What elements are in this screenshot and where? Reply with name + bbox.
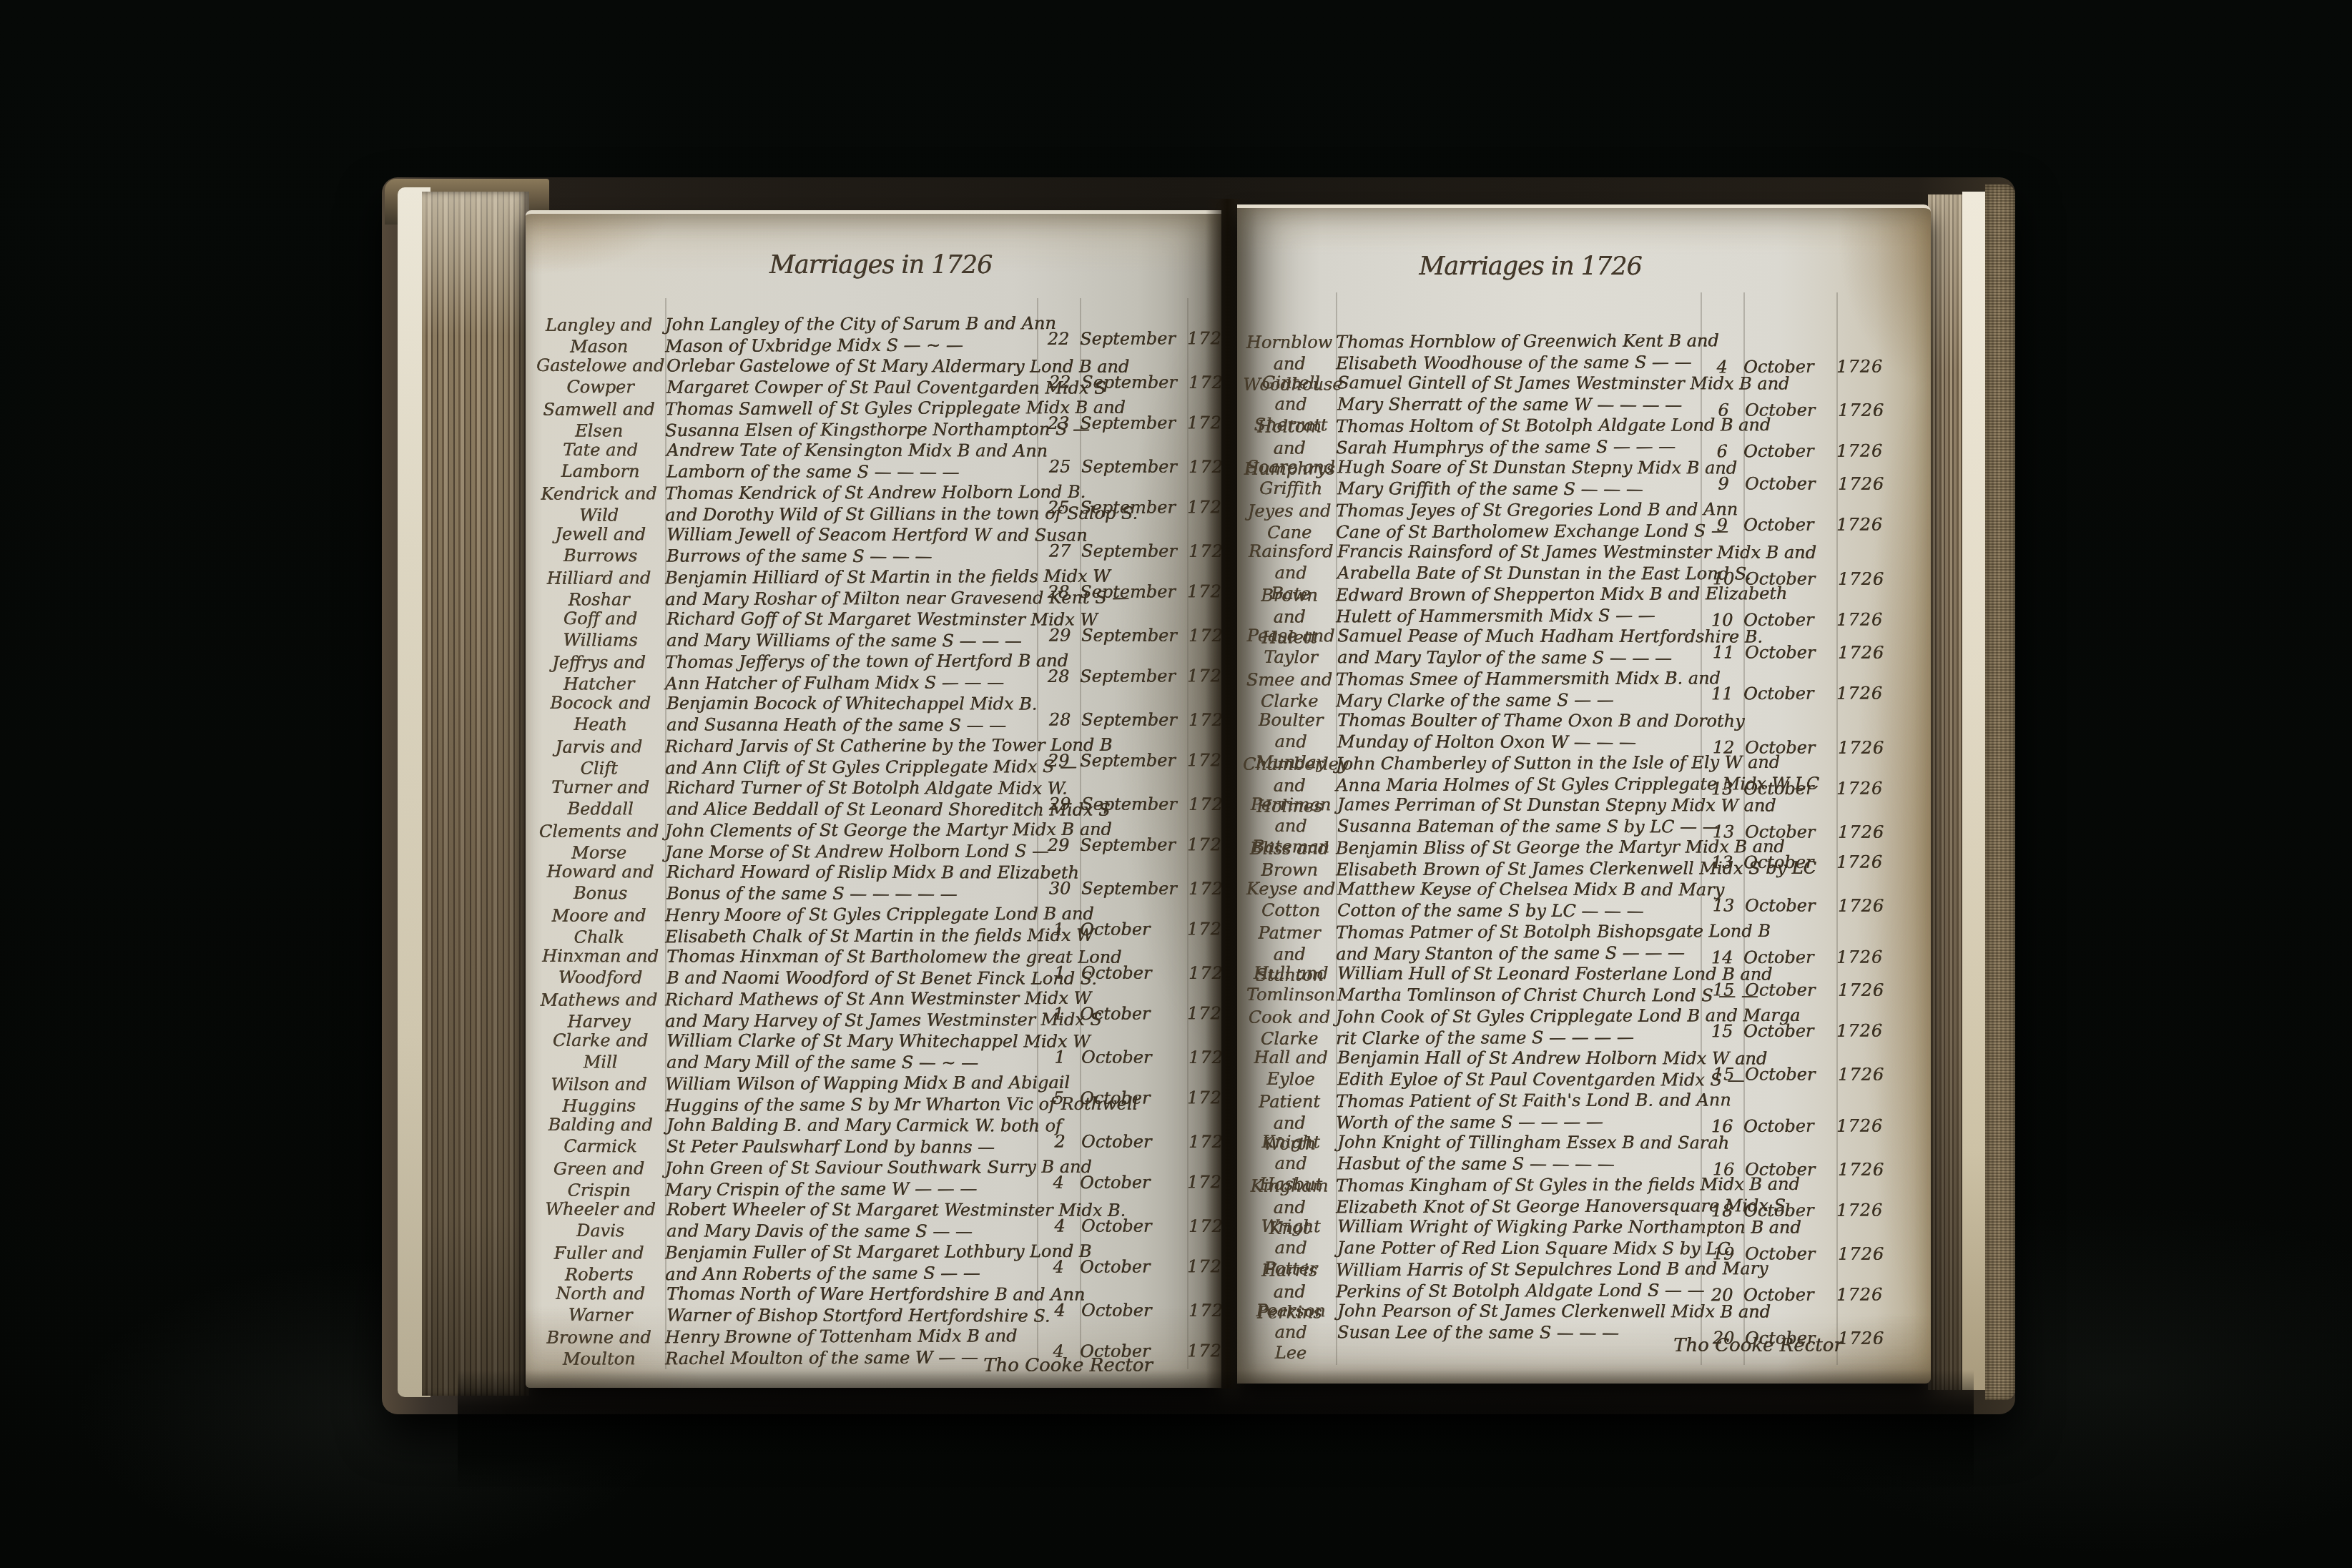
entry-text: William Jewell of Seacom Hertford W and …	[666, 524, 1038, 567]
entry-line-1: Benjamin Bocock of Whitechappel Midx B.	[666, 693, 1038, 715]
surname-line-2: Elsen	[533, 420, 665, 442]
spouse-surnames: Hinxman andWoodford	[534, 946, 666, 988]
register-row: Samwell andElsenThomas Samwell of St Gyl…	[533, 397, 1221, 442]
entry-month: September	[1081, 699, 1189, 731]
entry-line-2: Mason of Uxbridge Midx S — ~ —	[665, 335, 1037, 357]
register-row: Brown andHulettEdward Brown of Shepperto…	[1243, 583, 1931, 628]
spouse-surnames: Hilliard andRoshar	[533, 568, 665, 611]
entry-text: John Chamberley of Sutton in the Isle of…	[1336, 752, 1701, 796]
spouse-surnames: Hall andEyloe	[1244, 1047, 1337, 1090]
entry-day: 2	[1038, 1121, 1081, 1153]
entry-month: September	[1081, 446, 1189, 478]
entry-line-1: Hugh Soare of St Dunstan Stepny Midx B a…	[1337, 457, 1702, 479]
register-row: Mathews andHarveyRichard Mathews of St A…	[533, 987, 1221, 1032]
entry-line-2: Cotton of the same S by LC — — —	[1337, 900, 1702, 922]
entry-text: Richard Mathews of St Ann Westminster Mi…	[665, 988, 1037, 1032]
entry-day: 13	[1702, 885, 1745, 917]
entry-month: September	[1080, 656, 1187, 687]
surname-line-1: Hinxman and	[534, 946, 666, 967]
left-register-rows: Langley andMasonJohn Langley of the City…	[533, 314, 1221, 1369]
entry-line-2: Lamborn of the same S — — — —	[666, 461, 1038, 483]
entry-day: 25	[1038, 446, 1081, 478]
spouse-surnames: Soare andGriffith	[1244, 457, 1337, 499]
surname-line-2: Mill	[534, 1051, 666, 1073]
register-row: Jeyes andCaneThomas Jeyes of St Gregorie…	[1243, 498, 1931, 543]
entry-line-1: Thomas Smee of Hammersmith Midx B. and	[1336, 668, 1701, 690]
entry-line-1: William Wright of Wigking Parke Northamp…	[1337, 1216, 1702, 1238]
register-row: Turner andBeddallRichard Turner of St Bo…	[534, 777, 1221, 821]
surname-line-1: Perriman and	[1244, 794, 1337, 837]
surname-line-1: Tate and	[534, 440, 666, 461]
register-row: Wilson andHugginsWilliam Wilson of Wappi…	[533, 1072, 1221, 1117]
register-row: Soare andGriffithHugh Soare of St Dunsta…	[1244, 457, 1931, 501]
register-row: Smee andClarkeThomas Smee of Hammersmith…	[1243, 667, 1931, 712]
entry-line-1: John Knight of Tillingham Essex B and Sa…	[1337, 1132, 1702, 1154]
entry-text: Benjamin Bliss of St George the Martyr M…	[1336, 837, 1701, 880]
entry-text: Samuel Gintell of St James Westminster M…	[1337, 373, 1702, 415]
register-row: Gintell andSherrattSamuel Gintell of St …	[1244, 373, 1931, 416]
entry-line-2: Huggins of the same S by Mr Wharton Vic …	[665, 1094, 1037, 1116]
entry-text: William Harris of St Sepulchres Lond B a…	[1336, 1258, 1701, 1302]
entry-month: September	[1080, 824, 1187, 856]
entry-text: John Clements of St George the Martyr Mi…	[665, 819, 1037, 863]
spouse-surnames: Mathews andHarvey	[533, 990, 665, 1032]
entry-text: Thomas Hinxman of St Bartholomew the gre…	[666, 946, 1038, 989]
surname-line-1: Brown and	[1243, 585, 1336, 627]
surname-line-2: Woodford	[534, 967, 666, 988]
entry-text: Richard Goff of St Margaret Westminster …	[666, 608, 1038, 651]
entry-month: October	[1080, 1078, 1187, 1109]
right-register-rows: Hornblow andWoodhouseThomas Hornblow of …	[1243, 331, 1931, 1343]
entry-month: October	[1081, 1205, 1189, 1237]
entry-day: 27	[1038, 531, 1081, 562]
surname-line-2: Burrows	[534, 545, 666, 566]
surname-line-2: Harvey	[533, 1011, 665, 1032]
surname-line-1: Boulter and	[1244, 710, 1337, 752]
surname-line-2: Roberts	[533, 1264, 665, 1286]
entry-text: John Green of St Saviour Southwark Surry…	[665, 1157, 1037, 1200]
entry-year: 1726	[1836, 768, 1908, 799]
entry-line-1: John Pearson of St James Clerkenwell Mid…	[1337, 1301, 1702, 1323]
entry-line-2: Sarah Humphrys of the same S — — —	[1336, 436, 1701, 458]
entry-year: 1726	[1838, 632, 1909, 664]
surname-line-2: Tomlinson	[1244, 984, 1337, 1005]
spouse-surnames: Jeffrys andHatcher	[533, 652, 665, 695]
entry-line-2: Perkins of St Botolph Aldgate Lond S — —	[1336, 1280, 1701, 1302]
left-page-edges	[422, 192, 529, 1396]
entry-year: 1726	[1836, 1274, 1908, 1306]
entry-month: October	[1743, 504, 1836, 536]
entry-line-1: Samuel Pease of Much Hadham Hertfordshir…	[1337, 626, 1702, 648]
register-row: Jarvis andCliftRichard Jarvis of St Cath…	[533, 734, 1221, 779]
entry-text: Benjamin Bocock of Whitechappel Midx B.a…	[666, 693, 1038, 736]
entry-day: 4	[1037, 1163, 1080, 1194]
spouse-surnames: Moore andChalk	[533, 905, 665, 948]
surname-line-1: Knight and	[1244, 1132, 1337, 1174]
entry-year: 1726	[1836, 599, 1908, 631]
register-row: Clarke andMillWilliam Clarke of St Mary …	[534, 1030, 1221, 1074]
entry-text: John Cook of St Gyles Cripplegate Lond B…	[1336, 1005, 1701, 1049]
entry-line-1: John Balding B. and Mary Carmick W. both…	[666, 1115, 1038, 1137]
register-row: Patmer andStantonThomas Patmer of St Bot…	[1243, 920, 1931, 965]
entry-line-1: Benjamin Hilliard of St Martin in the fi…	[665, 566, 1037, 588]
entry-line-1: Thomas Patient of St Faith's Lond B. and…	[1336, 1090, 1701, 1112]
entry-day: 30	[1038, 868, 1081, 899]
spouse-surnames: Jeyes andCane	[1243, 501, 1336, 543]
register-row: Patient andWorthThomas Patient of St Fai…	[1243, 1089, 1931, 1134]
register-row: Clements andMorseJohn Clements of St Geo…	[533, 819, 1221, 864]
right-cover-cloth	[1985, 184, 2015, 1400]
surname-line-2: Clarke	[1243, 691, 1336, 712]
entry-day: 9	[1701, 505, 1743, 536]
surname-line-1: Gastelowe and	[534, 355, 666, 377]
entry-text: Francis Rainsford of St James Westminste…	[1337, 541, 1702, 584]
entry-line-2: Edith Eyloe of St Paul Coventgarden Midx…	[1337, 1069, 1702, 1091]
entry-text: Richard Jarvis of St Catherine by the To…	[665, 735, 1037, 779]
entry-line-2: Jane Potter of Red Lion Square Midx S by…	[1337, 1238, 1702, 1260]
entry-month: October	[1743, 842, 1836, 873]
entry-text: Henry Browne of Tottenham Midx B andRach…	[665, 1326, 1037, 1369]
entry-day: 13	[1701, 842, 1743, 874]
register-row: Hull andTomlinsonWilliam Hull of St Leon…	[1244, 963, 1931, 1007]
entry-line-2: and Mary Davis of the same S — —	[666, 1221, 1038, 1243]
entry-line-1: William Wilson of Wapping Midx B and Abi…	[665, 1073, 1037, 1095]
entry-line-2: Susan Lee of the same S — — —	[1337, 1322, 1702, 1344]
entry-year: 1726	[1836, 1105, 1908, 1137]
entry-line-1: Samuel Gintell of St James Westminster M…	[1337, 373, 1702, 395]
rector-signature: Tho Cooke Rector	[1673, 1335, 1843, 1356]
entry-text: Henry Moore of St Gyles Cripplegate Lond…	[665, 904, 1037, 947]
surname-line-2: Lamborn	[534, 460, 666, 482]
register-row: Goff andWilliamsRichard Goff of St Marga…	[534, 608, 1221, 652]
spouse-surnames: North andWarner	[534, 1283, 666, 1326]
entry-month: October	[1743, 1010, 1836, 1042]
right-page-title: Marriages in 1726	[1237, 252, 1824, 281]
register-row: Keyse andCottonMatthew Keyse of Chelsea …	[1244, 879, 1931, 922]
entry-line-1: Benjamin Hall of St Andrew Holborn Midx …	[1337, 1047, 1702, 1070]
surname-line-1: Gintell and	[1244, 373, 1337, 415]
entry-line-2: Hasbut of the same S — — — —	[1337, 1153, 1702, 1175]
entry-line-2: Hulett of Hammersmith Midx S — —	[1336, 605, 1701, 627]
surname-line-1: Holtom and	[1243, 416, 1336, 458]
entry-line-1: Francis Rainsford of St James Westminste…	[1337, 541, 1702, 563]
entry-text: Benjamin Hall of St Andrew Holborn Midx …	[1337, 1047, 1702, 1090]
surname-line-1: Chamberley	[1243, 754, 1336, 775]
register-row: Jewell andBurrowsWilliam Jewell of Seaco…	[534, 524, 1221, 568]
entry-day: 5	[1037, 1078, 1080, 1110]
entry-day: 25	[1037, 488, 1080, 519]
surname-line-1: Hull and	[1244, 963, 1337, 985]
surname-line-2: Brown	[1243, 859, 1336, 881]
entry-month: September	[1081, 615, 1189, 646]
entry-line-2: and Susanna Heath of the same S — —	[666, 714, 1038, 736]
entry-year: 1726	[1836, 430, 1908, 462]
entry-text: Thomas Holtom of St Botolph Aldgate Lond…	[1336, 415, 1701, 458]
surname-line-2: Chalk	[533, 927, 665, 948]
entry-line-2: and Mary Stanton of the same S — — —	[1336, 942, 1701, 965]
entry-line-2: Mary Sherratt of the same W — — — —	[1337, 394, 1702, 416]
entry-month: October	[1745, 970, 1838, 1001]
entry-text: Robert Wheeler of St Margaret Westminste…	[666, 1199, 1038, 1242]
entry-month: October	[1743, 673, 1836, 704]
entry-line-2: Elizabeth Knot of St George Hanoversquar…	[1336, 1195, 1701, 1218]
entry-line-1: Benjamin Fuller of St Margaret Lothbury …	[665, 1241, 1037, 1263]
surname-line-1: Balding and	[534, 1115, 666, 1136]
surname-line-1: Howard and	[534, 862, 666, 883]
entry-line-2: Mary Clarke of the same S — —	[1336, 689, 1701, 711]
register-row: Holtom andHumphrysThomas Holtom of St Bo…	[1243, 414, 1931, 459]
entry-day: 28	[1038, 699, 1081, 731]
entry-line-2: and Alice Beddall of St Leonard Shoredit…	[666, 799, 1038, 821]
entry-text: Hugh Soare of St Dunstan Stepny Midx B a…	[1337, 457, 1702, 500]
entry-month: October	[1745, 885, 1838, 917]
register-row: Pease andTaylorSamuel Pease of Much Hadh…	[1244, 626, 1931, 669]
entry-year: 1726	[1838, 1318, 1909, 1349]
entry-line-1: Thomas Jefferys of the town of Hertford …	[665, 651, 1037, 673]
entry-line-2: and Mary Taylor of the same S — — —	[1337, 647, 1702, 669]
entry-day: 29	[1038, 615, 1081, 646]
surname-line-1: Jeyes and	[1243, 501, 1336, 522]
surname-line-2: Clift	[533, 758, 665, 779]
entry-line-2: Burrows of the same S — — —	[666, 546, 1038, 568]
entry-month: September	[1081, 362, 1189, 393]
surname-line-2: Cowper	[534, 376, 666, 398]
entry-line-1: Richard Jarvis of St Catherine by the To…	[665, 735, 1037, 757]
surname-line-1: Fuller and	[533, 1243, 665, 1264]
entry-line-2: Elisabeth Woodhouse of the same S — —	[1336, 352, 1701, 374]
surname-line-2: Griffith	[1244, 478, 1337, 499]
entry-line-1: Henry Moore of St Gyles Cripplegate Lond…	[665, 904, 1037, 926]
surname-line-1: Patmer and	[1243, 922, 1336, 965]
entry-day: 28	[1037, 656, 1080, 688]
entry-month: October	[1080, 1162, 1187, 1193]
entry-day: 15	[1701, 1011, 1743, 1042]
entry-day: 4	[1038, 1205, 1081, 1237]
entry-line-1: Thomas Patmer of St Botolph Bishopsgate …	[1336, 921, 1701, 943]
entry-day: 29	[1037, 741, 1080, 772]
entry-day: 15	[1702, 970, 1745, 1001]
entry-text: Orlebar Gastelowe of St Mary Aldermary L…	[666, 355, 1038, 398]
entry-text: John Knight of Tillingham Essex B and Sa…	[1337, 1132, 1702, 1175]
entry-month: October	[1080, 909, 1187, 940]
entry-text: John Balding B. and Mary Carmick W. both…	[666, 1115, 1038, 1158]
entry-text: Thomas Kendrick of St Andrew Holborn Lon…	[665, 482, 1037, 526]
entry-year: 1726	[1836, 346, 1908, 378]
entry-line-2: Susanna Bateman of the same S by LC — —	[1337, 816, 1702, 838]
surname-line-2: Cane	[1243, 522, 1336, 543]
surname-line-2: Hatcher	[533, 674, 665, 695]
entry-text: William Wilson of Wapping Midx B and Abi…	[665, 1073, 1037, 1116]
spouse-surnames: Turner andBeddall	[534, 777, 666, 819]
surname-line-1: Rainsford and	[1244, 541, 1337, 583]
register-row: Hornblow andWoodhouseThomas Hornblow of …	[1243, 330, 1931, 375]
entry-year: 1726	[1836, 1010, 1908, 1042]
entry-line-1: Matthew Keyse of Chelsea Midx B and Mary	[1337, 879, 1702, 901]
entry-line-1: Thomas North of Ware Hertfordshire B and…	[666, 1283, 1038, 1306]
entry-line-2: B and Naomi Woodford of St Benet Finck L…	[666, 967, 1038, 990]
surname-line-2: Eyloe	[1244, 1068, 1337, 1090]
right-page-edges	[1928, 194, 1962, 1390]
spouse-surnames: Wilson andHuggins	[533, 1074, 665, 1117]
entry-line-2: and Mary Roshar of Milton near Gravesend…	[665, 588, 1037, 610]
entry-day: 1	[1037, 909, 1080, 941]
entry-line-1: Henry Browne of Tottenham Midx B and	[665, 1326, 1037, 1348]
entry-month: September	[1080, 487, 1187, 518]
entry-month: September	[1080, 403, 1187, 434]
surname-line-1: Jewell and	[534, 524, 666, 546]
spouse-surnames: Fuller andRoberts	[533, 1243, 665, 1286]
entry-line-1: Thomas Boulter of Thame Oxon B and Dorot…	[1337, 710, 1702, 732]
spouse-surnames: Goff andWilliams	[534, 608, 666, 651]
spouse-surnames: Bocock andHeath	[534, 693, 666, 735]
entry-line-2: Rachel Moulton of the same W — —	[665, 1347, 1037, 1369]
entry-day: 1	[1037, 994, 1080, 1025]
spouse-surnames: Browne andMoulton	[533, 1327, 665, 1370]
left-page-title: Marriages in 1726	[547, 251, 1214, 280]
entry-day: 4	[1037, 1247, 1080, 1278]
entry-line-2: and Ann Clift of St Gyles Cripplegate Mi…	[665, 756, 1037, 779]
entry-year: 1726	[1836, 1190, 1908, 1221]
spouse-surnames: Jarvis andClift	[533, 736, 665, 779]
entry-text: Thomas Boulter of Thame Oxon B and Dorot…	[1337, 710, 1702, 753]
entry-line-2: Worth of the same S — — — —	[1336, 1111, 1701, 1133]
entry-day: 1	[1038, 952, 1081, 984]
entry-day: 1	[1038, 1037, 1081, 1068]
spouse-surnames: Pearson andLee	[1244, 1301, 1337, 1364]
entry-year: 1726	[1836, 842, 1908, 873]
surname-line-1: Kingham and	[1243, 1175, 1336, 1218]
entry-text: Edward Brown of Shepperton Midx B and El…	[1336, 583, 1701, 627]
entry-line-1: Richard Turner of St Botolph Aldgate Mid…	[666, 777, 1038, 799]
surname-line-1: Hornblow and	[1243, 332, 1336, 374]
right-flyleaf-edge	[1962, 192, 1985, 1390]
entry-text: Thomas Smee of Hammersmith Midx B. andMa…	[1336, 668, 1701, 711]
register-row: Bocock andHeathBenjamin Bocock of Whitec…	[534, 693, 1221, 736]
entry-month: October	[1745, 632, 1838, 664]
entry-text: Matthew Keyse of Chelsea Midx B and Mary…	[1337, 879, 1702, 922]
entry-line-2: and Mary Williams of the same S — — —	[666, 630, 1038, 652]
surname-line-1: Wright and	[1244, 1216, 1337, 1258]
entry-day: 9	[1702, 463, 1745, 495]
entry-month: October	[1081, 952, 1189, 984]
surname-line-1: North and	[534, 1283, 666, 1305]
surname-line-1: Wilson and	[533, 1074, 665, 1095]
entry-month: October	[1081, 1121, 1189, 1153]
surname-line-1: Pearson and	[1244, 1301, 1337, 1343]
register-row: Howard andBonusRichard Howard of Rislip …	[534, 862, 1221, 905]
surname-line-1: Smee and	[1243, 669, 1336, 691]
entry-line-1: Thomas Hornblow of Greenwich Kent B and	[1336, 330, 1701, 352]
surname-line-2: Morse	[533, 842, 665, 864]
surname-line-1: Pease and	[1244, 626, 1337, 647]
entry-text: William Clarke of St Mary Whitechappel M…	[666, 1030, 1038, 1073]
entry-line-1: John Cook of St Gyles Cripplegate Lond B…	[1336, 1005, 1701, 1027]
entry-year: 1726	[1838, 885, 1909, 917]
entry-year: 1726	[1838, 970, 1909, 1001]
entry-month: September	[1080, 571, 1187, 603]
register-row: Langley andMasonJohn Langley of the City…	[533, 312, 1221, 358]
entry-line-2: St Peter Paulswharf Lond by banns —	[666, 1136, 1038, 1158]
surname-line-1: Jarvis and	[533, 736, 665, 758]
entry-day: 11	[1701, 674, 1743, 705]
entry-line-1: Thomas Kendrick of St Andrew Holborn Lon…	[665, 482, 1037, 504]
spouse-surnames: Tate andLamborn	[534, 440, 666, 482]
entry-month: October	[1081, 1037, 1189, 1068]
entry-line-1: Orlebar Gastelowe of St Mary Aldermary L…	[666, 355, 1038, 378]
entry-line-1: William Clarke of St Mary Whitechappel M…	[666, 1030, 1038, 1052]
entry-line-2: Elisabeth Brown of St James Clerkenwell …	[1336, 858, 1701, 880]
entry-line-1: Robert Wheeler of St Margaret Westminste…	[666, 1199, 1038, 1221]
entry-line-1: William Harris of St Sepulchres Lond B a…	[1336, 1258, 1701, 1281]
entry-line-2: Munday of Holton Oxon W — — —	[1337, 731, 1702, 754]
entry-month: September	[1081, 868, 1189, 899]
entry-line-2: Cane of St Bartholomew Exchange Lond S —	[1336, 521, 1701, 543]
surname-line-1: Kendrick and	[533, 483, 665, 505]
surname-line-2: Mason	[533, 336, 665, 358]
entry-day: 4	[1038, 1290, 1081, 1321]
surname-line-2: Cotton	[1244, 899, 1337, 921]
entry-line-1: John Langley of the City of Sarum B and …	[665, 313, 1037, 335]
left-page: Marriages in 1726 Langley andMasonJohn L…	[526, 210, 1221, 1388]
surname-line-1: Soare and	[1244, 457, 1337, 478]
surname-line-1: Wheeler and	[534, 1199, 666, 1221]
entry-line-2: Anna Maria Holmes of St Gyles Cripplegat…	[1336, 774, 1701, 796]
entry-text: John Langley of the City of Sarum B and …	[665, 313, 1037, 357]
register-row: Moore andChalkHenry Moore of St Gyles Cr…	[533, 903, 1221, 948]
register-row: Bliss andBrownBenjamin Bliss of St Georg…	[1243, 836, 1931, 881]
entry-line-1: William Hull of St Leonard Fosterlane Lo…	[1337, 963, 1702, 985]
entry-line-2: Arabella Bate of St Dunstan in the East …	[1337, 563, 1702, 585]
register-row: Gastelowe andCowperOrlebar Gastelowe of …	[534, 355, 1221, 399]
spouse-surnames: Cook andClarke	[1243, 1007, 1336, 1049]
entry-month: September	[1080, 740, 1187, 771]
spouse-surnames: Clarke andMill	[534, 1030, 666, 1073]
entry-line-2: Warner of Bishop Stortford Hertfordshire…	[666, 1305, 1038, 1327]
entry-line-2: Martha Tomlinson of Christ Church Lond S…	[1337, 985, 1702, 1007]
surname-line-2: Crispin	[533, 1180, 665, 1201]
surname-line-1: Cook and	[1243, 1007, 1336, 1028]
entry-line-1: Richard Goff of St Margaret Westminster …	[666, 608, 1038, 631]
surname-line-2: Bonus	[534, 882, 666, 904]
entry-line-2: Susanna Elsen of Kingsthorpe Northampton…	[665, 419, 1037, 441]
entry-text: John Pearson of St James Clerkenwell Mid…	[1337, 1301, 1702, 1343]
right-page: Marriages in 1726 Hornblow andWoodhouseT…	[1237, 204, 1931, 1384]
surname-line-1: Patient and	[1243, 1091, 1336, 1133]
entry-day: 28	[1037, 572, 1080, 603]
entry-line-2: and Mary Harvey of St James Westminster …	[665, 1010, 1037, 1032]
surname-line-2: Wild	[533, 505, 665, 526]
register-row: Rainsford andBateFrancis Rainsford of St…	[1244, 541, 1931, 585]
spouse-surnames: Smee andClarke	[1243, 669, 1336, 711]
entry-month: October	[1080, 993, 1187, 1025]
surname-line-1: Mathews and	[533, 990, 665, 1011]
surname-line-1: Bocock and	[534, 693, 666, 714]
entry-text: Thomas Kingham of St Gyles in the fields…	[1336, 1174, 1701, 1218]
spouse-surnames: Green andCrispin	[533, 1158, 665, 1201]
entry-day: 22	[1037, 319, 1080, 350]
entry-line-1: Thomas Samwell of St Gyles Cripplegate M…	[665, 398, 1037, 420]
spouse-surnames: Bliss andBrown	[1243, 838, 1336, 880]
entry-line-1: Thomas Jeyes of St Gregories Lond B and …	[1336, 499, 1701, 521]
entry-line-2: Mary Griffith of the same S — — —	[1337, 478, 1702, 501]
entry-year: 1726	[1838, 463, 1909, 495]
surname-line-1: Clements and	[533, 821, 665, 842]
surname-line-2: Roshar	[533, 589, 665, 611]
entry-day: 23	[1037, 403, 1080, 435]
entry-month: October	[1081, 1290, 1189, 1321]
entry-line-2: Jane Morse of St Andrew Holborn Lond S —	[665, 841, 1037, 863]
surname-line-2: Carmick	[534, 1135, 666, 1157]
